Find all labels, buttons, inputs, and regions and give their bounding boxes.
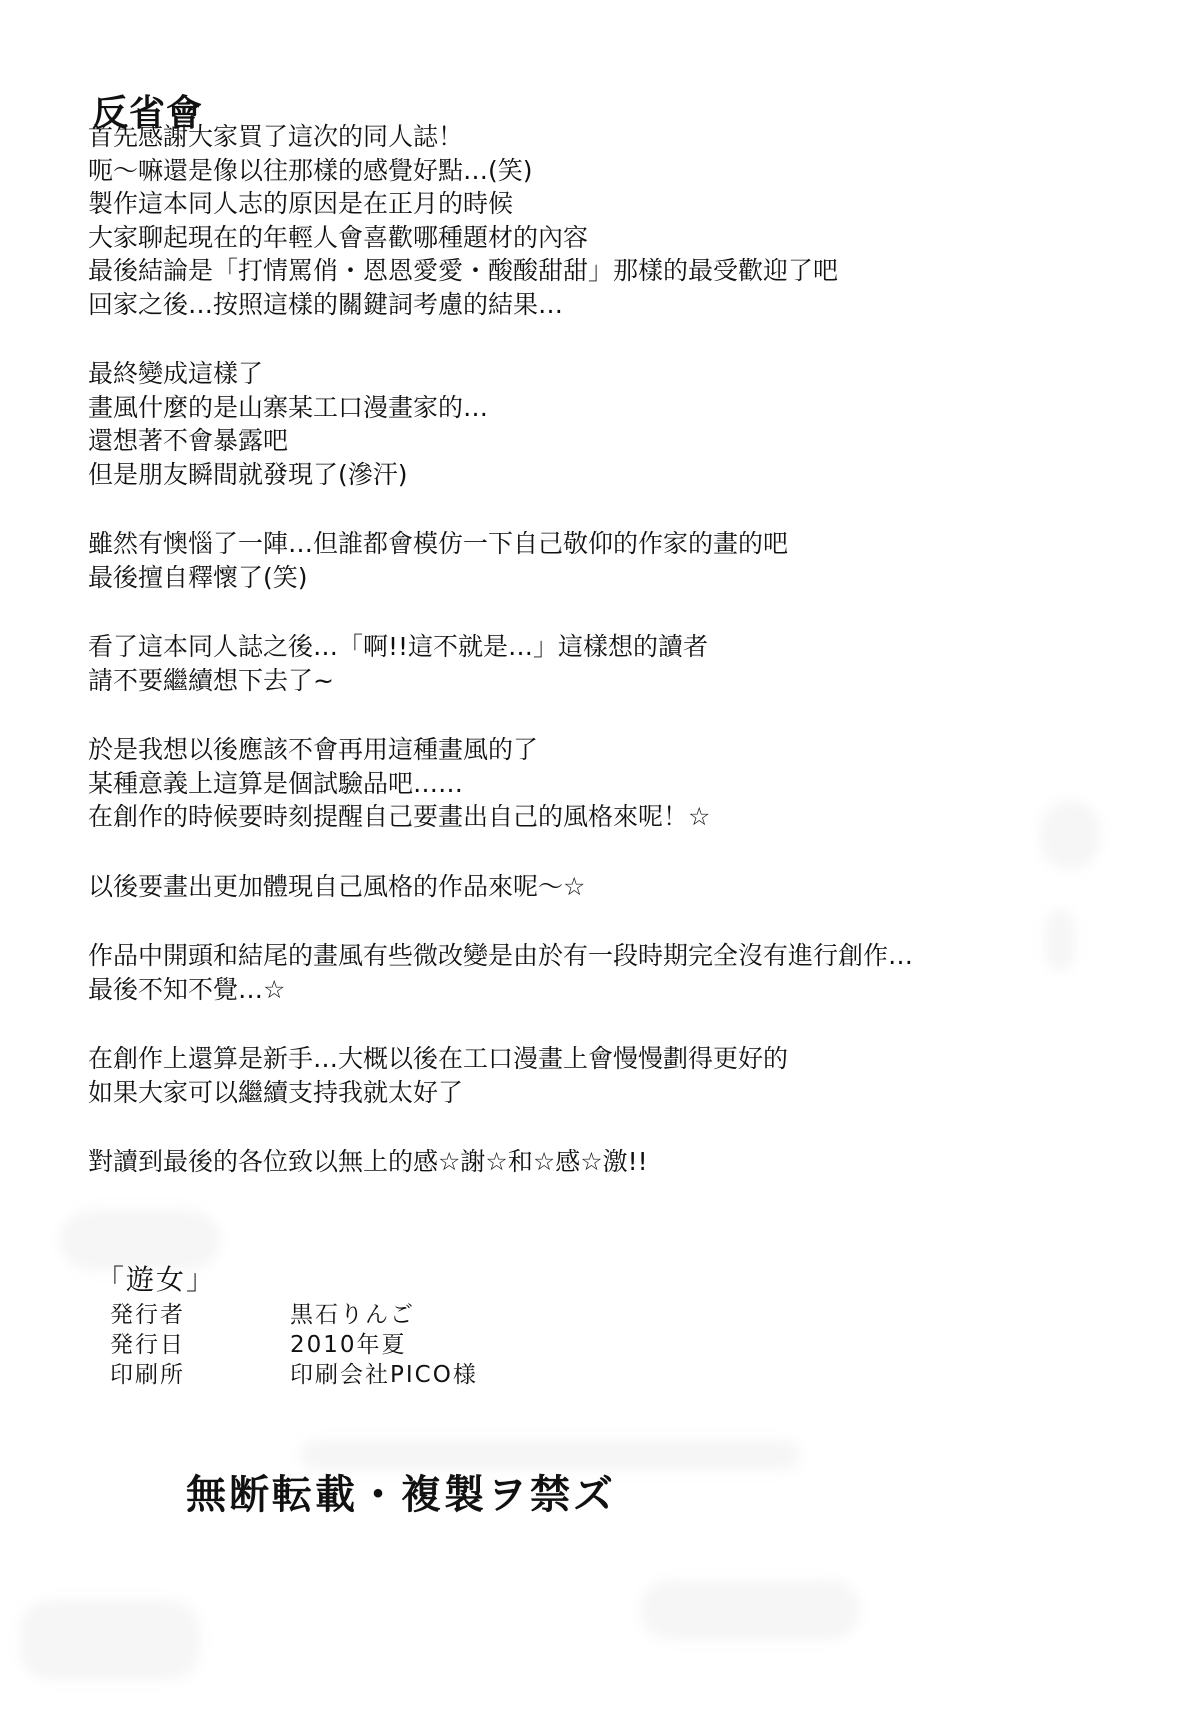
date-label: 発行日 bbox=[96, 1330, 290, 1360]
document-page: 反省會 首先感謝大家買了這次的同人誌！ 呃～嘛還是像以往那樣的感覺好點…(笑) … bbox=[0, 0, 1200, 1720]
text-line: 製作這本同人志的原因是在正月的時候 bbox=[88, 187, 1088, 221]
publisher-label: 発行者 bbox=[96, 1300, 290, 1330]
scan-artifact bbox=[300, 1440, 800, 1470]
colophon-row-publisher: 発行者 黒石りんご bbox=[96, 1300, 478, 1330]
text-line: 作品中開頭和結尾的畫風有些微改變是由於有一段時期完全沒有進行創作… bbox=[88, 939, 1088, 973]
text-line: 呃～嘛還是像以往那樣的感覺好點…(笑) bbox=[88, 154, 1088, 188]
colophon-row-printer: 印刷所 印刷会社PICO様 bbox=[96, 1360, 478, 1390]
date-value: 2010年夏 bbox=[290, 1330, 407, 1360]
text-line: 最後不知不覺…☆ bbox=[88, 973, 1088, 1007]
colophon: 「遊女」 発行者 黒石りんご 発行日 2010年夏 印刷所 印刷会社PICO様 bbox=[96, 1262, 478, 1390]
book-title: 「遊女」 bbox=[96, 1262, 478, 1298]
paragraph: 以後要畫出更加體現自己風格的作品來呢～☆ bbox=[88, 870, 1088, 904]
text-line: 以後要畫出更加體現自己風格的作品來呢～☆ bbox=[88, 870, 1088, 904]
text-line: 某種意義上這算是個試驗品吧…… bbox=[88, 767, 1088, 801]
text-line: 對讀到最後的各位致以無上的感☆謝☆和☆感☆激!! bbox=[88, 1145, 1088, 1179]
text-line: 請不要繼續想下去了~ bbox=[88, 664, 1088, 698]
text-line: 大家聊起現在的年輕人會喜歡哪種題材的內容 bbox=[88, 221, 1088, 255]
scan-artifact bbox=[60, 1210, 220, 1270]
scan-artifact bbox=[640, 1580, 860, 1640]
text-line: 還想著不會暴露吧 bbox=[88, 424, 1088, 458]
text-line: 最後結論是「打情罵俏・恩恩愛愛・酸酸甜甜」那樣的最受歡迎了吧 bbox=[88, 254, 1088, 288]
afterword-body: 首先感謝大家買了這次的同人誌！ 呃～嘛還是像以往那樣的感覺好點…(笑) 製作這本… bbox=[88, 120, 1088, 1215]
publisher-value: 黒石りんご bbox=[290, 1300, 415, 1330]
text-line: 在創作的時候要時刻提醒自己要畫出自己的風格來呢！☆ bbox=[88, 800, 1088, 834]
paragraph: 於是我想以後應該不會再用這種畫風的了 某種意義上這算是個試驗品吧…… 在創作的時… bbox=[88, 733, 1088, 834]
paragraph: 首先感謝大家買了這次的同人誌！ 呃～嘛還是像以往那樣的感覺好點…(笑) 製作這本… bbox=[88, 120, 1088, 321]
paragraph: 雖然有懊惱了一陣…但誰都會模仿一下自己敬仰的作家的畫的吧 最後擅自釋懷了(笑) bbox=[88, 527, 1088, 594]
paragraph: 在創作上還算是新手…大概以後在工口漫畫上會慢慢劃得更好的 如果大家可以繼續支持我… bbox=[88, 1042, 1088, 1109]
copyright-notice: 無断転載・複製ヲ禁ズ bbox=[186, 1470, 616, 1520]
text-line: 最後擅自釋懷了(笑) bbox=[88, 561, 1088, 595]
paragraph: 作品中開頭和結尾的畫風有些微改變是由於有一段時期完全沒有進行創作… 最後不知不覺… bbox=[88, 939, 1088, 1006]
paragraph: 最終變成這樣了 畫風什麼的是山寨某工口漫畫家的… 還想著不會暴露吧 但是朋友瞬間… bbox=[88, 357, 1088, 491]
text-line: 首先感謝大家買了這次的同人誌！ bbox=[88, 120, 1088, 154]
scan-artifact bbox=[20, 1600, 200, 1680]
text-line: 回家之後…按照這樣的關鍵詞考慮的結果… bbox=[88, 288, 1088, 322]
colophon-row-date: 発行日 2010年夏 bbox=[96, 1330, 478, 1360]
text-line: 雖然有懊惱了一陣…但誰都會模仿一下自己敬仰的作家的畫的吧 bbox=[88, 527, 1088, 561]
text-line: 最終變成這樣了 bbox=[88, 357, 1088, 391]
printer-value: 印刷会社PICO様 bbox=[290, 1360, 478, 1390]
printer-label: 印刷所 bbox=[96, 1360, 290, 1390]
text-line: 畫風什麼的是山寨某工口漫畫家的… bbox=[88, 391, 1088, 425]
text-line: 看了這本同人誌之後…「啊!!這不就是…」這樣想的讀者 bbox=[88, 630, 1088, 664]
text-line: 於是我想以後應該不會再用這種畫風的了 bbox=[88, 733, 1088, 767]
text-line: 但是朋友瞬間就發現了(滲汗) bbox=[88, 458, 1088, 492]
paragraph: 對讀到最後的各位致以無上的感☆謝☆和☆感☆激!! bbox=[88, 1145, 1088, 1179]
text-line: 在創作上還算是新手…大概以後在工口漫畫上會慢慢劃得更好的 bbox=[88, 1042, 1088, 1076]
paragraph: 看了這本同人誌之後…「啊!!這不就是…」這樣想的讀者 請不要繼續想下去了~ bbox=[88, 630, 1088, 697]
text-line: 如果大家可以繼續支持我就太好了 bbox=[88, 1076, 1088, 1110]
